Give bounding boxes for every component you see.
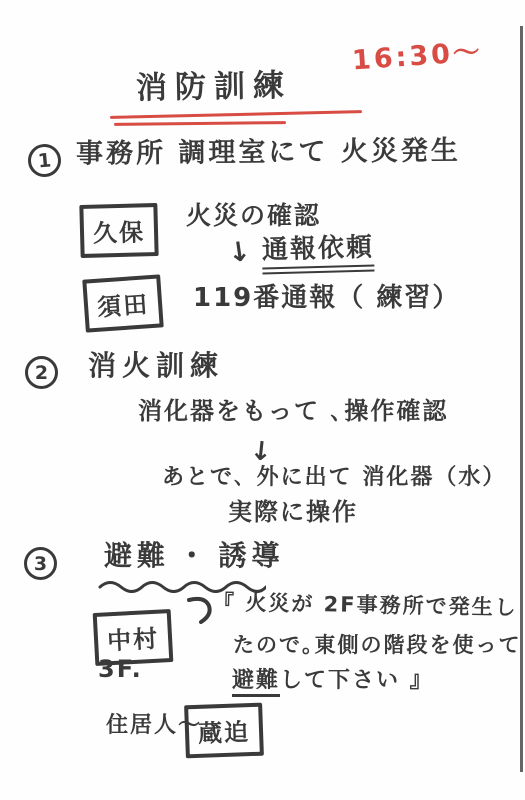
title-underline-icon <box>114 121 286 126</box>
kubo-task-text: 火災の確認 <box>186 202 321 230</box>
down-arrow-icon: ↓ <box>249 437 276 468</box>
section2-number: 2 <box>25 356 58 389</box>
section3-number: 3 <box>24 547 57 580</box>
title-underline-icon <box>110 110 362 119</box>
name-box-kubo: 久保 <box>79 203 158 258</box>
name-box-kurasako: 蔵迫 <box>184 703 264 759</box>
section1-heading: 事務所 調理室にて 火災発生 <box>76 136 461 169</box>
connector-arrow-icon <box>186 594 214 624</box>
page-title: 消防訓練 <box>136 69 293 106</box>
announcement-line3-rest: して下さい 』 <box>280 668 434 693</box>
section3-heading: 避難 ･ 誘導 <box>104 541 285 572</box>
suda-task-text: 119番通報（ 練習） <box>193 284 460 313</box>
announcement-line3: 避難して下さい 』 <box>232 669 434 693</box>
announcement-line2: たので｡東側の階段を使って <box>233 634 522 657</box>
section2-line3: 実際に操作 <box>228 499 358 525</box>
down-arrow-icon: ↓ <box>226 236 255 269</box>
scan-edge-line <box>520 26 523 772</box>
evacuate-underlined-text: 避難 <box>232 668 280 697</box>
report-request-text: 通報依頼 <box>262 234 375 275</box>
handwritten-note-page: 16:30～ 消防訓練 1 事務所 調理室にて 火災発生 久保 火災の確認 ↓ … <box>0 0 525 800</box>
section2-line1: 消化器をもって ､操作確認 <box>138 398 448 424</box>
time-annotation: 16:30～ <box>351 37 484 76</box>
floor-text: 3F. <box>98 656 143 682</box>
section2-heading: 消火訓練 <box>88 351 224 382</box>
section2-line2: あとで､ 外に出て 消化器（水） <box>162 466 506 490</box>
name-box-suda: 須田 <box>82 274 164 332</box>
section1-number: 1 <box>27 143 63 179</box>
announcement-line1: 『 火災が 2F事務所で発生し <box>213 591 518 619</box>
